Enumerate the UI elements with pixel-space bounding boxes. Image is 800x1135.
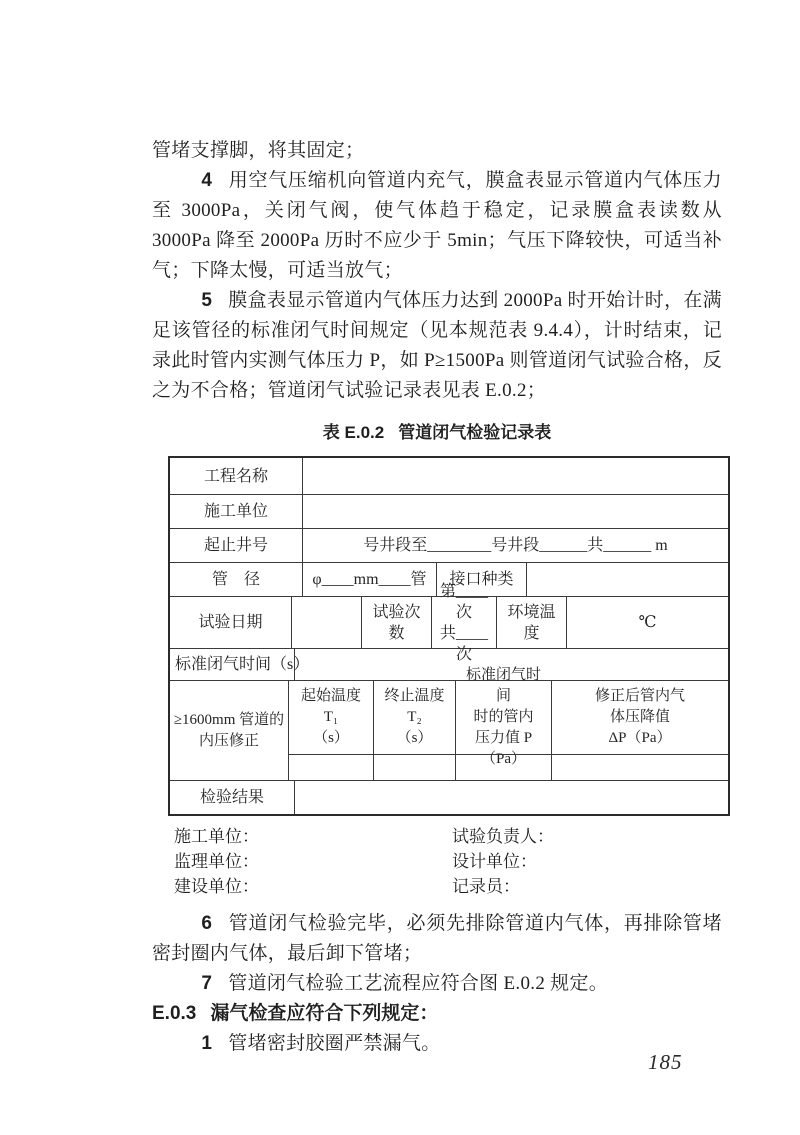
- row-contractor: 施工单位: [170, 494, 728, 528]
- item-number: 4: [201, 170, 212, 191]
- correction-header-row: 起始温度 T₁ （s） 终止温度 T₂ （s） 标准闭气时间 时的管内 压力值 …: [289, 681, 728, 754]
- start-temp-blank: [289, 755, 373, 780]
- paragraph-item-7: 7管道闭气检验工艺流程应符合图 E.0.2 规定。: [152, 969, 722, 999]
- paragraph-item-5: 5膜盒表显示管道内气体压力达到 2000Pa 时开始计时，在满足该管径的标准闭气…: [152, 286, 722, 406]
- result-label: 检验结果: [170, 781, 294, 814]
- item-text: 管道闭气检验完毕，必须先排除管道内气体，再排除管堵密封圈内气体，最后卸下管堵；: [152, 913, 722, 964]
- sig-supervisor: 监理单位：: [174, 849, 452, 874]
- wells-value: 号井段至________号井段______共______ m: [302, 529, 728, 562]
- row-std-time: 标准闭气时间（s）: [170, 648, 728, 680]
- test-times-label: 试验次数: [361, 597, 431, 648]
- row-project: 工程名称: [170, 458, 728, 494]
- record-table: 工程名称 施工单位 起止井号 号井段至________号井段______共___…: [168, 456, 730, 816]
- row-correction: ≥1600mm 管道的 内压修正 起始温度 T₁ （s） 终止温度 T₂ （s）…: [170, 680, 728, 780]
- diameter-value: φ____mm____管: [302, 563, 436, 596]
- item-number: 1: [201, 1033, 212, 1054]
- sig-designer: 设计单位：: [452, 849, 712, 874]
- correction-label: ≥1600mm 管道的 内压修正: [170, 681, 288, 780]
- pressure-blank: [455, 755, 551, 780]
- end-temp-header: 终止温度 T₂ （s）: [373, 681, 455, 754]
- item-text: 膜盒表显示管道内气体压力达到 2000Pa 时开始计时，在满足该管径的标准闭气时…: [152, 290, 722, 401]
- paragraph-continuation: 管堵支撑脚，将其固定；: [152, 136, 722, 166]
- item-text: 管堵密封胶圈严禁漏气。: [228, 1033, 440, 1054]
- signature-block: 施工单位： 试验负责人： 监理单位： 设计单位： 建设单位： 记录员：: [174, 824, 722, 899]
- paragraph-item-6: 6管道闭气检验完毕，必须先排除管道内气体，再排除管堵密封圈内气体，最后卸下管堵；: [152, 909, 722, 969]
- end-temp-blank: [373, 755, 455, 780]
- table-title: 表 E.0.2管道闭气检验记录表: [152, 420, 722, 446]
- pressure-drop-blank: [551, 755, 728, 780]
- pressure-header: 标准闭气时间 时的管内 压力值 P（Pa）: [455, 681, 551, 754]
- sig-owner: 建设单位：: [174, 874, 452, 899]
- paragraph-clause-item-1: 1管堵密封胶圈严禁漏气。: [152, 1029, 722, 1059]
- result-blank: [294, 781, 728, 814]
- diameter-label: 管 径: [170, 563, 302, 596]
- item-number: 5: [201, 290, 212, 311]
- project-label: 工程名称: [170, 458, 302, 494]
- wells-label: 起止井号: [170, 529, 302, 562]
- start-temp-header: 起始温度 T₁ （s）: [289, 681, 373, 754]
- project-value-blank: [302, 458, 728, 494]
- contractor-value-blank: [302, 495, 728, 528]
- item-text: 管道闭气检验工艺流程应符合图 E.0.2 规定。: [228, 973, 608, 994]
- contractor-label: 施工单位: [170, 495, 302, 528]
- paragraph-item-4: 4用空气压缩机向管道内充气，膜盒表显示管道内气体压力至 3000Pa，关闭气阀，…: [152, 166, 722, 286]
- test-date-label: 试验日期: [170, 597, 291, 648]
- env-temp-unit: ℃: [566, 597, 728, 648]
- clause-text: 漏气检查应符合下列规定：: [210, 1003, 438, 1024]
- joint-type-blank: [526, 563, 728, 596]
- sig-test-leader: 试验负责人：: [452, 824, 712, 849]
- test-date-blank: [291, 597, 361, 648]
- page-number: 185: [648, 1050, 683, 1075]
- row-test-date: 试验日期 试验次数 第____次 共____次 环境温度 ℃: [170, 596, 728, 648]
- document-page: 管堵支撑脚，将其固定； 4用空气压缩机向管道内充气，膜盒表显示管道内气体压力至 …: [0, 0, 800, 1135]
- std-time-label: 标准闭气时间（s）: [170, 649, 294, 680]
- sig-recorder: 记录员：: [452, 874, 712, 899]
- clause-number: E.0.3: [152, 1003, 196, 1024]
- row-result: 检验结果: [170, 780, 728, 814]
- table-caption: 管道闭气检验记录表: [398, 423, 551, 442]
- env-temp-label: 环境温度: [496, 597, 566, 648]
- item-number: 6: [201, 913, 212, 934]
- sig-contractor: 施工单位：: [174, 824, 452, 849]
- test-times-value: 第____次 共____次: [431, 597, 496, 648]
- correction-data-row: [289, 754, 728, 780]
- table-number: 表 E.0.2: [323, 423, 384, 442]
- clause-heading-E03: E.0.3漏气检查应符合下列规定：: [152, 999, 722, 1029]
- row-wells: 起止井号 号井段至________号井段______共______ m: [170, 528, 728, 562]
- pressure-drop-header: 修正后管内气 体压降值 ΔP（Pa）: [551, 681, 728, 754]
- item-number: 7: [201, 973, 212, 994]
- item-text: 用空气压缩机向管道内充气，膜盒表显示管道内气体压力至 3000Pa，关闭气阀，使…: [152, 170, 722, 281]
- bottom-paragraphs: 6管道闭气检验完毕，必须先排除管道内气体，再排除管堵密封圈内气体，最后卸下管堵；…: [152, 909, 722, 1059]
